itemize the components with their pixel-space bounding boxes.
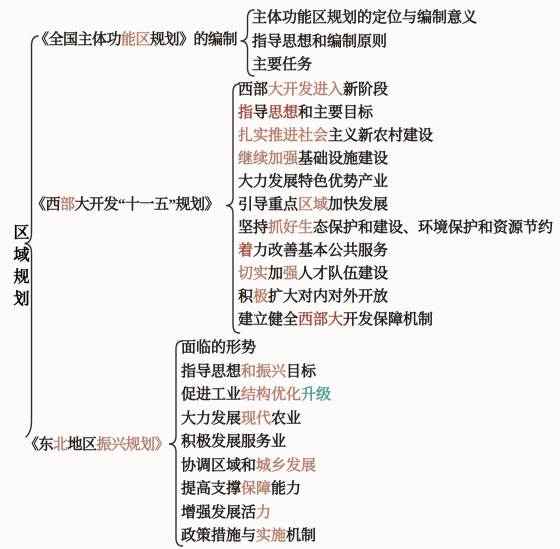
text-segment: 强	[283, 266, 298, 282]
text-segment: 政策措施与	[181, 528, 256, 544]
text-segment: 大力发展特色优势产业	[238, 174, 388, 190]
text-segment: 农业	[271, 411, 301, 427]
text-segment: 现代	[241, 411, 271, 427]
tree-item: 切实加强人才队伍建设	[238, 263, 553, 286]
text-segment: 主要任务	[252, 57, 312, 73]
text-segment: 加快发展	[328, 197, 388, 213]
text-segment: 升级	[301, 387, 331, 403]
text-segment: 《东	[24, 437, 53, 453]
text-segment: 加	[268, 266, 283, 282]
text-segment: 实施	[256, 528, 286, 544]
text-segment: 坚持	[238, 220, 268, 236]
tree-item: 建立健全西部大开发保障机制	[238, 309, 553, 332]
branch-items-western-plan: 西部大开发进入新阶段指导思想和主要目标扎实推进社会主义新农村建设继续加强基础设施…	[238, 79, 553, 333]
text-segment: 导	[253, 105, 268, 121]
text-segment: 建立健全	[238, 312, 298, 328]
text-segment: 协调区域和	[181, 458, 256, 474]
text-segment: 和振兴	[241, 364, 286, 380]
text-segment: 能力	[271, 481, 301, 497]
text-segment: 北	[53, 437, 68, 453]
branch-label-national-plan: 《全国主体功能区规划》的编制	[34, 31, 237, 49]
tree-item: 积极发展服务业	[181, 431, 331, 455]
text-segment: 能区	[121, 32, 150, 48]
text-segment: 扎实推进社会	[238, 128, 328, 144]
text-segment: 面临的形势	[181, 340, 256, 356]
tree-item: 协调区域和城乡发展	[181, 455, 331, 479]
text-segment: 扩大对内对外开放	[268, 289, 388, 305]
text-segment: 力改善基本公共服务	[253, 243, 388, 259]
tree-item: 西部大开发进入新阶段	[238, 79, 553, 102]
text-segment: 《全国主体功	[34, 32, 121, 48]
text-segment: 指	[238, 105, 253, 121]
text-segment: 着	[238, 243, 253, 259]
text-segment: 主体功能区规划的定位与编制意义	[252, 10, 477, 26]
tree-item: 扎实推进社会主义新农村建设	[238, 125, 553, 148]
tree-item: 促进工业结构优化升级	[181, 384, 331, 408]
branch-label-western-plan: 《西部大开发“十一五”规划》	[31, 196, 219, 214]
text-segment: 机制	[286, 528, 316, 544]
text-segment: 部	[60, 197, 75, 213]
tree-item: 积极扩大对内对外开放	[238, 286, 553, 309]
tree-item: 面临的形势	[181, 337, 331, 361]
tree-item: 着力改善基本公共服务	[238, 240, 553, 263]
tree-item: 指导思想和振兴目标	[181, 361, 331, 385]
root-node-label: 区域规划	[8, 224, 31, 312]
tree-item: 提高支撑保障能力	[181, 478, 331, 502]
text-segment: 开发保障机制	[343, 312, 433, 328]
text-segment: 引导重点	[238, 197, 298, 213]
text-segment: 切实	[238, 266, 268, 282]
text-segment: 新阶段	[343, 82, 388, 98]
tree-item: 大力发展现代农业	[181, 408, 331, 432]
text-segment: 区域	[298, 197, 328, 213]
text-segment: 促进工业	[181, 387, 241, 403]
text-segment: 《西	[31, 197, 60, 213]
tree-item: 指导思想和主要目标	[238, 102, 553, 125]
text-segment: 和主要目标	[298, 105, 373, 121]
text-segment: 指导思想和编制原则	[252, 34, 387, 50]
text-segment: 人才队伍建设	[298, 266, 388, 282]
text-segment: 思想	[268, 105, 298, 121]
tree-item: 政策措施与实施机制	[181, 525, 331, 549]
text-segment: 极	[253, 289, 268, 305]
text-segment: 目标	[286, 364, 316, 380]
tree-item: 大力发展特色优势产业	[238, 171, 553, 194]
text-segment: 提高支撑	[181, 481, 241, 497]
text-segment: 主义新农村建设	[328, 128, 433, 144]
tree-item: 坚持抓好生态保护和建设、环境保护和资源节约	[238, 217, 553, 240]
text-segment: 大开发“十一五”规划》	[75, 197, 220, 213]
text-segment: 保障	[241, 481, 271, 497]
text-segment: 结构优化	[241, 387, 301, 403]
tree-item: 主要任务	[252, 54, 477, 78]
text-segment: 力	[256, 505, 271, 521]
text-segment: 西部大	[298, 312, 343, 328]
text-segment: 城乡发展	[256, 458, 316, 474]
tree-item: 引导重点区域加快发展	[238, 194, 553, 217]
text-segment: 积	[238, 289, 253, 305]
diagram-canvas: 区域规划 《全国主体功能区规划》的编制 《西部大开发“十一五”规划》 《东北地区…	[0, 0, 560, 549]
text-segment: 抓好生	[268, 220, 313, 236]
text-segment: 态保护和建设、环境保护和资源节约	[313, 220, 553, 236]
text-segment: 大力发展	[181, 411, 241, 427]
branch-label-northeast-plan: 《东北地区振兴规划》	[24, 436, 169, 454]
tree-item: 继续加强基础设施建设	[238, 148, 553, 171]
text-segment: 增强发展活	[181, 505, 256, 521]
branch-items-northeast-plan: 面临的形势指导思想和振兴目标促进工业结构优化升级大力发展现代农业积极发展服务业协…	[181, 337, 331, 549]
tree-item: 指导思想和编制原则	[252, 31, 477, 55]
text-segment: 地区	[68, 437, 97, 453]
text-segment: 振兴规划》	[97, 437, 170, 453]
text-segment: 指导思想	[181, 364, 241, 380]
text-segment: 规划》的编制	[150, 32, 237, 48]
text-segment: 继续加强	[238, 151, 298, 167]
text-segment: 基础设施建设	[298, 151, 388, 167]
text-segment: 积极发展服务业	[181, 434, 286, 450]
text-segment: 西部	[238, 82, 268, 98]
tree-item: 主体功能区规划的定位与编制意义	[252, 7, 477, 31]
text-segment: 大开发进入	[268, 82, 343, 98]
tree-item: 增强发展活力	[181, 502, 331, 526]
branch-items-national-plan: 主体功能区规划的定位与编制意义指导思想和编制原则主要任务	[252, 7, 477, 78]
